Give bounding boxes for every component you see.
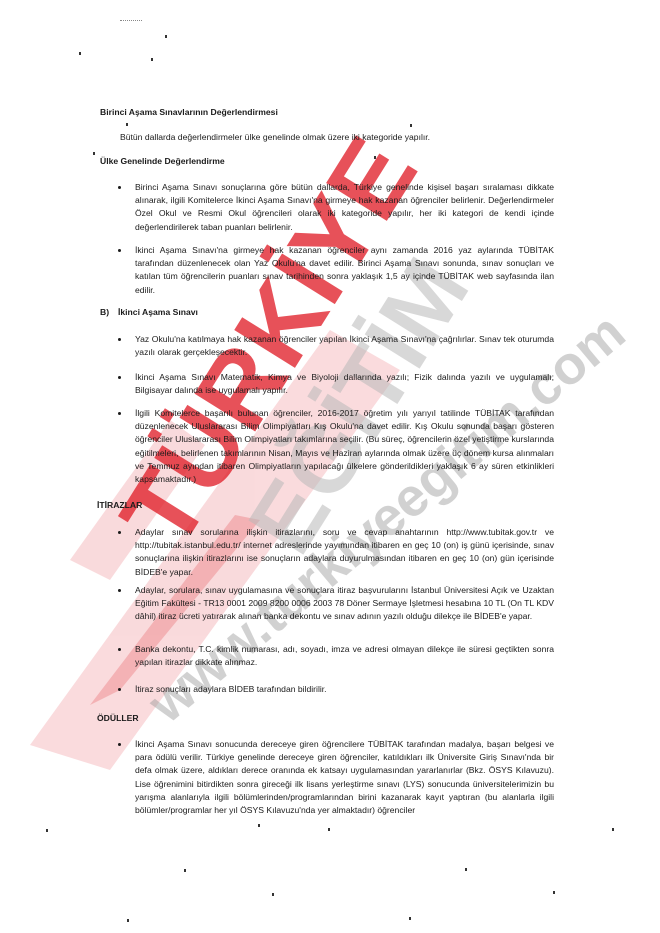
scan-speck — [258, 824, 260, 827]
list-item-text: Adaylar sınav sorularına ilişkin itirazl… — [135, 526, 554, 579]
bullet-icon — [118, 688, 121, 691]
scan-speck — [46, 829, 48, 832]
bullet-icon — [118, 648, 121, 651]
bullet-icon — [118, 249, 121, 252]
list-item-text: İkinci Aşama Sınavı sonucunda dereceye g… — [135, 738, 554, 817]
section-title-objections: İTİRAZLAR — [97, 499, 142, 512]
bullet-icon — [118, 412, 121, 415]
list-item-text: Banka dekontu, T.C. kimlik numarası, adı… — [135, 643, 554, 669]
bullet-icon — [118, 338, 121, 341]
bullet-icon — [118, 376, 121, 379]
bullet-icon — [118, 743, 121, 746]
list-item: İlgili Komitelerce başarılı bulunan öğre… — [118, 407, 554, 486]
list-item: Adaylar sınav sorularına ilişkin itirazl… — [118, 526, 554, 579]
list-item: Adaylar, sorulara, sınav uygulamasına ve… — [118, 584, 554, 624]
list-item-text: İlgili Komitelerce başarılı bulunan öğre… — [135, 407, 554, 486]
scan-speck — [126, 123, 128, 126]
list-item: Yaz Okulu'na katılmaya hak kazanan öğren… — [118, 333, 554, 359]
list-item-text: Yaz Okulu'na katılmaya hak kazanan öğren… — [135, 333, 554, 359]
scan-speck — [410, 124, 412, 127]
section-title-national: Ülke Genelinde Değerlendirme — [100, 155, 225, 168]
list-item: İkinci Aşama Sınavı'na girmeye hak kazan… — [118, 244, 554, 297]
scan-speck — [612, 828, 614, 831]
scan-speck — [93, 152, 95, 155]
section-title-awards: ÖDÜLLER — [97, 712, 139, 725]
list-item-text: İtiraz sonuçları adaylara BİDEB tarafınd… — [135, 683, 554, 696]
list-item: Banka dekontu, T.C. kimlik numarası, adı… — [118, 643, 554, 669]
list-item: İkinci Aşama Sınavı Matematik, Kimya ve … — [118, 371, 554, 397]
list-item-text: İkinci Aşama Sınavı'na girmeye hak kazan… — [135, 244, 554, 297]
scan-speck — [184, 869, 186, 872]
list-item-text: İkinci Aşama Sınavı Matematik, Kimya ve … — [135, 371, 554, 397]
evaluation-intro: Bütün dallarda değerlendirmeler ülke gen… — [120, 131, 430, 144]
scan-speck — [465, 868, 467, 871]
scan-speck — [165, 35, 167, 38]
section-title-second-stage: İkinci Aşama Sınavı — [118, 306, 198, 319]
document-page: TÜRKİYE EĞİTİM www.turkiyeegitim.com Bir… — [0, 0, 660, 933]
list-item-text: Birinci Aşama Sınavı sonuçlarına göre bü… — [135, 181, 554, 234]
scan-mark — [120, 20, 142, 22]
scan-speck — [79, 52, 81, 55]
watermark-url: www.turkiyeegitim.com — [136, 302, 636, 735]
bullet-icon — [118, 589, 121, 592]
scan-speck — [328, 828, 330, 831]
section-marker-b: B) — [100, 306, 109, 319]
bullet-icon — [118, 531, 121, 534]
scan-speck — [272, 893, 274, 896]
scan-speck — [409, 917, 411, 920]
list-item: İkinci Aşama Sınavı sonucunda dereceye g… — [118, 738, 554, 817]
scan-speck — [127, 919, 129, 922]
section-title-evaluation: Birinci Aşama Sınavlarının Değerlendirme… — [100, 106, 278, 119]
scan-speck — [151, 58, 153, 61]
scan-speck — [553, 891, 555, 894]
list-item: İtiraz sonuçları adaylara BİDEB tarafınd… — [118, 683, 554, 696]
list-item: Birinci Aşama Sınavı sonuçlarına göre bü… — [118, 181, 554, 234]
bullet-icon — [118, 186, 121, 189]
scan-speck — [374, 156, 376, 159]
list-item-text: Adaylar, sorulara, sınav uygulamasına ve… — [135, 584, 554, 624]
